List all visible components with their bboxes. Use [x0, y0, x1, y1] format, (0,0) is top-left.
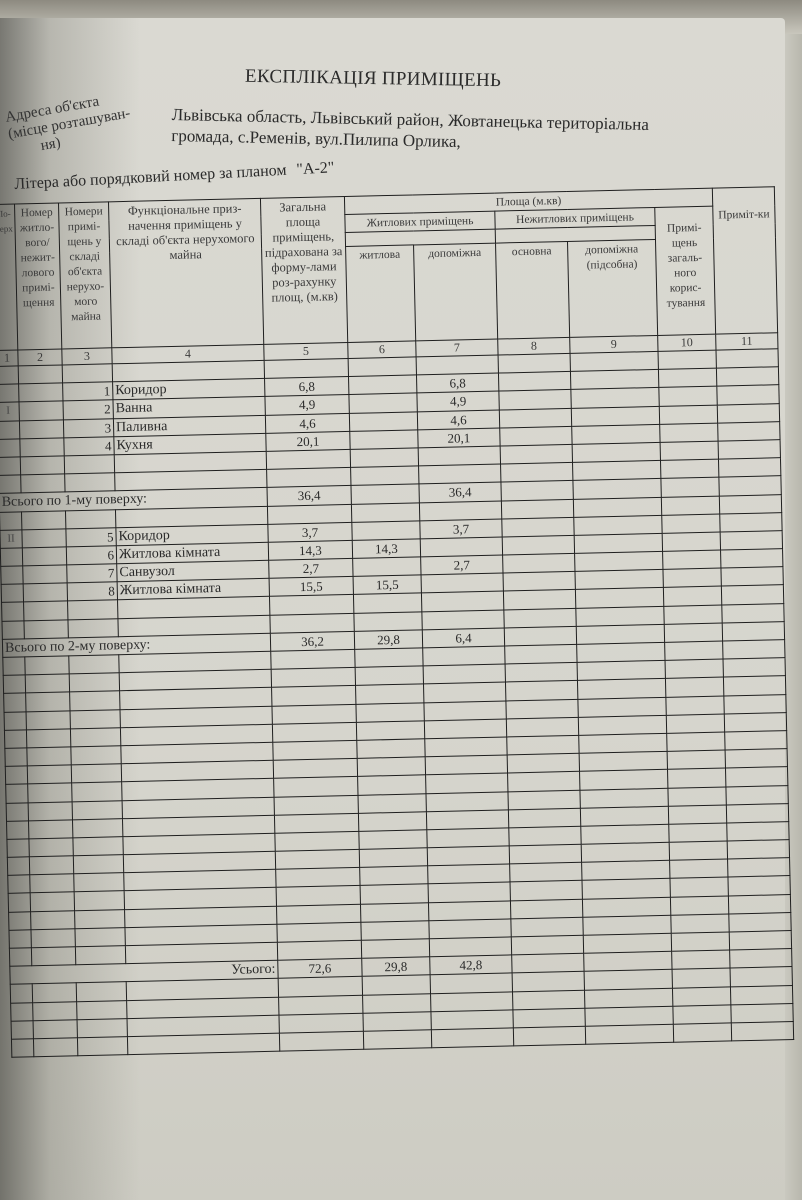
- empty-cell: [277, 940, 361, 960]
- empty-cell: [717, 385, 779, 405]
- empty-cell: [276, 886, 360, 906]
- empty-cell: [506, 699, 578, 719]
- empty-cell: [572, 424, 660, 444]
- empty-cell: [360, 902, 428, 922]
- document-sheet: ЕКСПЛІКАЦІЯ ПРИМІЩЕНЬ Адреса об'єкта (мі…: [0, 18, 785, 1200]
- empty-cell: [353, 593, 421, 613]
- empty-cell: [508, 790, 580, 810]
- empty-cell: [29, 856, 73, 875]
- empty-cell: [722, 621, 784, 641]
- empty-cell: [725, 767, 787, 787]
- empty-cell: [663, 586, 721, 605]
- empty-cell: [360, 866, 428, 886]
- empty-cell: [660, 459, 718, 478]
- empty-cell: [722, 603, 784, 623]
- empty-cell: [361, 939, 429, 959]
- empty-cell: [582, 879, 670, 899]
- empty-cell: [579, 733, 667, 753]
- floor-mark: [0, 439, 20, 458]
- empty-cell: [504, 608, 576, 628]
- empty-cell: [11, 1002, 33, 1021]
- empty-cell: [570, 370, 658, 390]
- empty-cell: [425, 737, 507, 757]
- floor-mark: [0, 384, 19, 403]
- header-living: житлова: [346, 245, 416, 343]
- empty-cell: [426, 791, 508, 811]
- empty-cell: [661, 477, 719, 496]
- empty-cell: [659, 386, 717, 405]
- empty-cell: [64, 455, 114, 474]
- empty-cell: [10, 984, 32, 1003]
- empty-cell: [277, 922, 361, 942]
- room-living-area: [350, 430, 418, 450]
- empty-cell: [77, 1018, 127, 1037]
- empty-cell: [271, 649, 355, 669]
- empty-cell: [4, 730, 26, 749]
- column-number: 11: [716, 333, 778, 350]
- empty-cell: [75, 909, 125, 928]
- empty-cell: [508, 808, 580, 828]
- room-number: 7: [67, 564, 117, 583]
- empty-cell: [716, 367, 778, 387]
- empty-cell: [279, 1031, 363, 1051]
- dwelling-no-cell: [19, 419, 63, 438]
- empty-cell: [729, 931, 791, 951]
- empty-cell: [573, 479, 661, 499]
- empty-cell: [357, 757, 425, 777]
- table-body: 1Коридор6,86,8I2Ванна4,94,93Паливна4,64,…: [0, 349, 794, 1058]
- floor-mark: [1, 584, 23, 603]
- empty-cell: [4, 693, 26, 712]
- column-number: 1: [0, 350, 18, 366]
- room-total-area: 6,8: [265, 377, 349, 397]
- empty-cell: [729, 912, 791, 932]
- empty-cell: [5, 766, 27, 785]
- header-dwelling-no: Номер житло-вого/ нежит-лового примі-щен…: [15, 203, 62, 350]
- empty-cell: [666, 714, 724, 733]
- empty-cell: [731, 1021, 793, 1041]
- empty-cell: [716, 349, 778, 369]
- empty-cell: [511, 917, 583, 937]
- room-auxiliary-area: [420, 537, 502, 557]
- empty-cell: [579, 751, 667, 771]
- room-total-area: 4,6: [265, 413, 349, 433]
- empty-cell: [127, 1033, 279, 1055]
- empty-cell: [673, 1023, 731, 1042]
- empty-cell: [500, 444, 572, 464]
- address-label: Адреса об'єкта (місце розташуван- ня): [4, 89, 135, 161]
- empty-cell: [511, 935, 583, 955]
- room-living-area: [349, 411, 417, 431]
- empty-cell: [9, 930, 31, 949]
- empty-cell: [670, 859, 728, 878]
- empty-cell: [727, 821, 789, 841]
- empty-cell: [660, 423, 718, 442]
- empty-cell: [70, 727, 120, 746]
- empty-cell: [6, 802, 28, 821]
- empty-cell: [720, 531, 782, 551]
- empty-cell: [7, 839, 29, 858]
- empty-cell: [499, 408, 571, 428]
- empty-cell: [574, 515, 662, 535]
- empty-cell: [72, 800, 122, 819]
- room-auxiliary-area: 3,7: [420, 519, 502, 539]
- empty-cell: [724, 694, 786, 714]
- empty-cell: [271, 668, 355, 688]
- document-title: ЕКСПЛІКАЦІЯ ПРИМІЩЕНЬ: [245, 66, 502, 92]
- empty-cell: [27, 747, 71, 766]
- empty-cell: [721, 549, 783, 569]
- empty-cell: [718, 458, 780, 478]
- empty-cell: [725, 731, 787, 751]
- empty-cell: [28, 820, 72, 839]
- empty-cell: [578, 715, 666, 735]
- empty-cell: [20, 456, 64, 475]
- room-auxiliary-area: 4,6: [417, 410, 499, 430]
- empty-cell: [669, 823, 727, 842]
- floor-subtotal-auxiliary: 6,4: [422, 628, 504, 648]
- empty-cell: [727, 840, 789, 860]
- empty-cell: [426, 773, 508, 793]
- room-auxiliary-area: 6,8: [416, 373, 498, 393]
- empty-cell: [74, 873, 124, 892]
- empty-cell: [513, 1026, 585, 1046]
- empty-cell: [670, 877, 728, 896]
- floor-mark: [0, 548, 22, 567]
- empty-cell: [730, 967, 792, 987]
- column-number: 10: [658, 334, 716, 351]
- empty-cell: [725, 749, 787, 769]
- empty-cell: [8, 893, 30, 912]
- empty-cell: [513, 1008, 585, 1028]
- empty-cell: [576, 606, 664, 626]
- empty-cell: [0, 511, 22, 530]
- room-total-area: 14,3: [268, 540, 352, 560]
- empty-cell: [264, 358, 348, 378]
- empty-cell: [424, 701, 506, 721]
- empty-cell: [508, 772, 580, 792]
- empty-cell: [503, 590, 575, 610]
- empty-cell: [423, 664, 505, 684]
- empty-cell: [32, 983, 76, 1002]
- empty-cell: [7, 821, 29, 840]
- empty-cell: [350, 448, 418, 468]
- empty-cell: [429, 937, 511, 957]
- empty-cell: [585, 1024, 673, 1044]
- empty-cell: [422, 610, 504, 630]
- empty-cell: [33, 1001, 77, 1020]
- column-number: 8: [498, 337, 570, 355]
- empty-cell: [663, 550, 721, 569]
- empty-cell: [33, 1020, 77, 1039]
- empty-cell: [276, 868, 360, 888]
- empty-cell: [507, 735, 579, 755]
- empty-cell: [501, 481, 573, 501]
- plan-letter-value: "А-2": [296, 159, 335, 178]
- empty-cell: [673, 1005, 731, 1024]
- empty-cell: [416, 355, 498, 375]
- empty-cell: [510, 881, 582, 901]
- empty-cell: [671, 932, 729, 951]
- empty-cell: [11, 1039, 33, 1058]
- grand-total-auxiliary: 42,8: [430, 955, 512, 975]
- empty-cell: [75, 927, 125, 946]
- plan-letter-label: Літера або порядковий номер за планом: [14, 162, 287, 193]
- room-living-area: 15,5: [353, 575, 421, 595]
- empty-cell: [363, 1011, 431, 1031]
- room-total-area: 3,7: [268, 522, 352, 542]
- floor-subtotal-living: [351, 484, 419, 504]
- room-number: 2: [63, 400, 113, 419]
- room-living-area: 14,3: [352, 539, 420, 559]
- empty-cell: [499, 390, 571, 410]
- grand-total-total: 72,6: [278, 958, 362, 978]
- empty-cell: [62, 364, 112, 383]
- empty-cell: [276, 904, 360, 924]
- empty-cell: [270, 613, 354, 633]
- empty-cell: [672, 950, 730, 969]
- empty-cell: [21, 474, 65, 493]
- empty-cell: [430, 973, 512, 993]
- empty-cell: [662, 532, 720, 551]
- empty-cell: [581, 842, 669, 862]
- empty-cell: [585, 1006, 673, 1026]
- empty-cell: [24, 601, 68, 620]
- empty-cell: [351, 466, 419, 486]
- empty-cell: [2, 621, 24, 640]
- empty-cell: [77, 1000, 127, 1019]
- empty-cell: [70, 709, 120, 728]
- empty-cell: [2, 602, 24, 621]
- empty-cell: [363, 1030, 431, 1050]
- empty-cell: [498, 353, 570, 373]
- empty-cell: [71, 764, 121, 783]
- empty-cell: [719, 476, 781, 496]
- empty-cell: [661, 496, 719, 515]
- empty-cell: [665, 677, 723, 696]
- empty-cell: [660, 441, 718, 460]
- empty-cell: [728, 894, 790, 914]
- empty-cell: [26, 729, 70, 748]
- empty-cell: [31, 910, 75, 929]
- empty-cell: [73, 837, 123, 856]
- column-number: 7: [416, 339, 498, 357]
- empty-cell: [359, 848, 427, 868]
- room-number: 1: [63, 382, 113, 401]
- empty-cell: [8, 875, 30, 894]
- dwelling-no-cell: [22, 529, 66, 548]
- empty-cell: [667, 732, 725, 751]
- empty-cell: [426, 810, 508, 830]
- floor-mark: [1, 566, 23, 585]
- room-number: 6: [66, 546, 116, 565]
- empty-cell: [718, 421, 780, 441]
- empty-cell: [668, 768, 726, 787]
- empty-cell: [269, 595, 353, 615]
- empty-cell: [723, 640, 785, 660]
- empty-cell: [73, 855, 123, 874]
- empty-cell: [570, 351, 658, 371]
- empty-cell: [658, 350, 716, 369]
- empty-cell: [356, 702, 424, 722]
- empty-cell: [731, 1003, 793, 1023]
- empty-cell: [581, 824, 669, 844]
- empty-cell: [580, 788, 668, 808]
- empty-cell: [356, 684, 424, 704]
- header-total-area: Загальна площа приміщень, підрахована за…: [260, 197, 347, 345]
- empty-cell: [424, 719, 506, 739]
- grand-total-living: 29,8: [362, 957, 430, 977]
- header-auxiliary: допоміжна: [414, 243, 498, 341]
- empty-cell: [659, 405, 717, 424]
- empty-cell: [664, 605, 722, 624]
- empty-cell: [583, 915, 671, 935]
- empty-cell: [665, 659, 723, 678]
- empty-cell: [24, 620, 68, 639]
- empty-cell: [510, 899, 582, 919]
- empty-cell: [351, 502, 419, 522]
- empty-cell: [358, 793, 426, 813]
- empty-cell: [6, 784, 28, 803]
- empty-cell: [5, 748, 27, 767]
- empty-cell: [26, 692, 70, 711]
- empty-cell: [274, 813, 358, 833]
- empty-cell: [574, 533, 662, 553]
- room-auxiliary-area: 20,1: [418, 428, 500, 448]
- empty-cell: [578, 697, 666, 717]
- empty-cell: [505, 663, 577, 683]
- empty-cell: [576, 624, 664, 644]
- empty-cell: [498, 372, 570, 392]
- explication-table-wrapper: По-верх Номер житло-вого/ нежит-лового п…: [0, 186, 797, 1058]
- header-room-no: Номери примі-щень у складі об'єкта нерух…: [58, 202, 111, 349]
- empty-cell: [658, 368, 716, 387]
- empty-cell: [29, 838, 73, 857]
- empty-cell: [70, 691, 120, 710]
- empty-cell: [577, 661, 665, 681]
- empty-cell: [431, 991, 513, 1011]
- empty-cell: [275, 831, 359, 851]
- room-auxiliary-area: 2,7: [421, 555, 503, 575]
- empty-cell: [68, 600, 118, 619]
- empty-cell: [501, 463, 573, 483]
- empty-cell: [0, 475, 21, 494]
- empty-cell: [580, 770, 668, 790]
- empty-cell: [11, 1021, 33, 1040]
- empty-cell: [572, 442, 660, 462]
- floor-mark: I: [0, 402, 19, 421]
- empty-cell: [584, 951, 672, 971]
- empty-cell: [425, 755, 507, 775]
- empty-cell: [429, 919, 511, 939]
- empty-cell: [668, 805, 726, 824]
- explication-table: По-верх Номер житло-вого/ нежит-лового п…: [0, 186, 794, 1058]
- empty-cell: [580, 806, 668, 826]
- empty-cell: [77, 1037, 127, 1056]
- empty-cell: [664, 623, 722, 642]
- empty-cell: [421, 591, 503, 611]
- empty-cell: [723, 676, 785, 696]
- empty-cell: [503, 553, 575, 573]
- empty-cell: [666, 696, 724, 715]
- empty-cell: [571, 406, 659, 426]
- empty-cell: [26, 710, 70, 729]
- empty-cell: [9, 948, 31, 967]
- column-number: 5: [264, 342, 348, 360]
- dwelling-no-cell: [22, 547, 66, 566]
- empty-cell: [28, 801, 72, 820]
- empty-cell: [348, 357, 416, 377]
- empty-cell: [507, 753, 579, 773]
- room-number: 4: [64, 437, 114, 456]
- empty-cell: [719, 494, 781, 514]
- empty-cell: [273, 758, 357, 778]
- empty-cell: [575, 551, 663, 571]
- empty-cell: [427, 846, 509, 866]
- empty-cell: [72, 818, 122, 837]
- empty-cell: [360, 884, 428, 904]
- header-common-use: Примі-щень загаль-ного корис-тування: [655, 206, 716, 335]
- empty-cell: [358, 811, 426, 831]
- column-number: 3: [62, 348, 112, 365]
- empty-cell: [275, 849, 359, 869]
- empty-cell: [500, 426, 572, 446]
- empty-cell: [424, 682, 506, 702]
- empty-cell: [72, 782, 122, 801]
- empty-cell: [726, 785, 788, 805]
- empty-cell: [582, 861, 670, 881]
- empty-cell: [726, 803, 788, 823]
- empty-cell: [428, 864, 510, 884]
- dwelling-no-cell: [19, 383, 63, 402]
- empty-cell: [272, 722, 356, 742]
- empty-cell: [670, 896, 728, 915]
- empty-cell: [0, 366, 19, 385]
- empty-cell: [721, 585, 783, 605]
- header-main: основна: [496, 241, 570, 339]
- header-auxiliary-utility: допоміжна (підсобна): [567, 239, 657, 337]
- empty-cell: [68, 618, 118, 637]
- empty-cell: [504, 626, 576, 646]
- room-total-area: 4,9: [265, 395, 349, 415]
- empty-cell: [509, 826, 581, 846]
- empty-cell: [662, 514, 720, 533]
- empty-cell: [582, 897, 670, 917]
- plan-letter: Літера або порядковий номер за планом "А…: [14, 159, 335, 194]
- empty-cell: [721, 567, 783, 587]
- empty-cell: [724, 712, 786, 732]
- dwelling-no-cell: [19, 401, 63, 420]
- empty-cell: [354, 611, 422, 631]
- empty-cell: [505, 644, 577, 664]
- room-number: 5: [66, 527, 116, 546]
- empty-cell: [668, 786, 726, 805]
- room-total-area: 15,5: [269, 577, 353, 597]
- empty-cell: [730, 949, 792, 969]
- empty-cell: [509, 844, 581, 864]
- empty-cell: [266, 449, 350, 469]
- empty-cell: [665, 641, 723, 660]
- address-value: Львівська область, Львівський район, Жов…: [171, 104, 732, 158]
- room-living-area: [353, 557, 421, 577]
- empty-cell: [575, 570, 663, 590]
- room-living-area: [349, 375, 417, 395]
- room-number: 3: [63, 418, 113, 437]
- empty-cell: [7, 857, 29, 876]
- empty-cell: [419, 501, 501, 521]
- empty-cell: [28, 783, 72, 802]
- dwelling-no-cell: [23, 565, 67, 584]
